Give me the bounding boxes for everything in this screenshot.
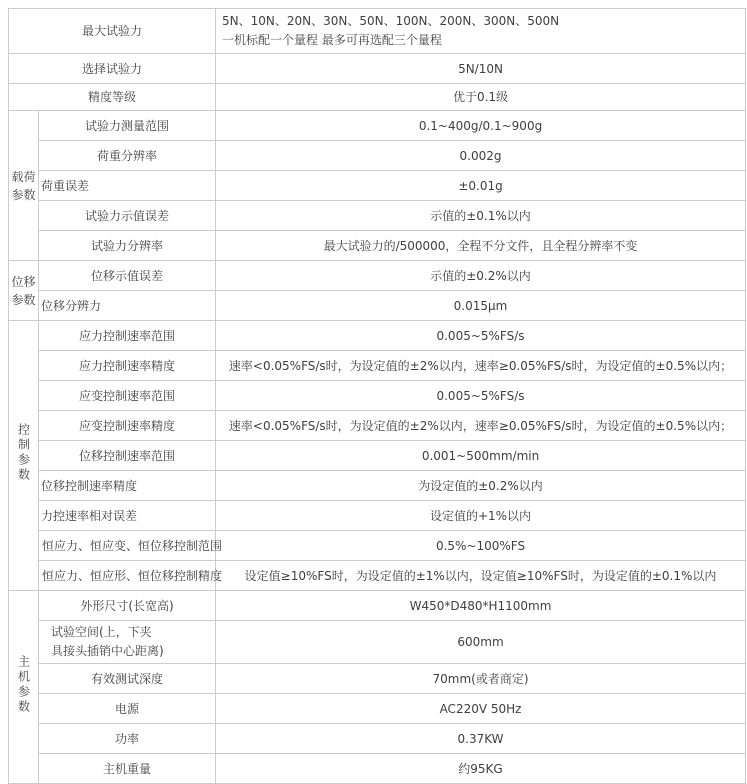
param-label: 位移控制速率精度 bbox=[41, 479, 137, 493]
value-cell: 0.005~5%FS/s bbox=[216, 321, 746, 351]
table-row: 电源 AC220V 50Hz bbox=[9, 694, 746, 724]
value-text: 速率<0.05%FS/s时，为设定值的±2%以内，速率≥0.05%FS/s时，为… bbox=[229, 419, 732, 433]
param-label: 主机重量 bbox=[103, 762, 151, 776]
table-row: 力控速率相对误差 设定值的+1%以内 bbox=[9, 501, 746, 531]
value-text: 0.015μm bbox=[454, 299, 508, 313]
param-cell: 位移分辨力 bbox=[39, 291, 216, 321]
value-text: 一机标配一个量程 最多可再选配三个量程 bbox=[222, 31, 742, 50]
table-row: 选择试验力 5N/10N bbox=[9, 54, 746, 84]
param-label: 电源 bbox=[115, 702, 139, 716]
group-label-cell: 主机参数 bbox=[9, 591, 39, 784]
param-cell: 恒应力、恒应形、恒位移控制精度 bbox=[39, 561, 216, 591]
param-label: 精度等级 bbox=[88, 90, 136, 104]
table-row: 控制参数 应力控制速率范围 0.005~5%FS/s bbox=[9, 321, 746, 351]
value-cell: 设定值≥10%FS时，为设定值的±1%以内，设定值≥10%FS时，为设定值的±0… bbox=[216, 561, 746, 591]
param-cell: 电源 bbox=[39, 694, 216, 724]
table-row: 荷重分辨率 0.002g bbox=[9, 141, 746, 171]
value-text: 速率<0.05%FS/s时，为设定值的±2%以内，速率≥0.05%FS/s时，为… bbox=[229, 359, 732, 373]
value-cell: 0.001~500mm/min bbox=[216, 441, 746, 471]
value-cell: 示值的±0.1%以内 bbox=[216, 201, 746, 231]
value-cell: ±0.01g bbox=[216, 171, 746, 201]
value-text: AC220V 50Hz bbox=[440, 702, 522, 716]
group-label: 位移参数 bbox=[11, 275, 35, 307]
value-text: 5N、10N、20N、30N、50N、100N、200N、300N、500N bbox=[222, 12, 742, 31]
param-cell: 位移控制速率精度 bbox=[39, 471, 216, 501]
param-label: 应变控制速率精度 bbox=[79, 419, 175, 433]
value-cell: 速率<0.05%FS/s时，为设定值的±2%以内，速率≥0.05%FS/s时，为… bbox=[216, 411, 746, 441]
param-label: 有效测试深度 bbox=[91, 672, 163, 686]
param-label: 位移控制速率范围 bbox=[79, 449, 175, 463]
table-row: 主机重量 约95KG bbox=[9, 754, 746, 784]
value-cell: AC220V 50Hz bbox=[216, 694, 746, 724]
table-row: 位移控制速率范围 0.001~500mm/min bbox=[9, 441, 746, 471]
value-cell: 0.1~400g/0.1~900g bbox=[216, 111, 746, 141]
param-label: 试验力分辨率 bbox=[91, 239, 163, 253]
value-cell: 为设定值的±0.2%以内 bbox=[216, 471, 746, 501]
param-label: 应力控制速率范围 bbox=[79, 329, 175, 343]
table-row: 精度等级 优于0.1级 bbox=[9, 84, 746, 111]
param-label: 试验空间(上，下夹 具接头插销中心距离) bbox=[51, 625, 164, 658]
param-cell: 荷重分辨率 bbox=[39, 141, 216, 171]
value-cell: 示值的±0.2%以内 bbox=[216, 261, 746, 291]
param-label: 荷重分辨率 bbox=[97, 149, 157, 163]
group-label-cell: 位移参数 bbox=[9, 261, 39, 321]
table-row: 应力控制速率精度 速率<0.05%FS/s时，为设定值的±2%以内，速率≥0.0… bbox=[9, 351, 746, 381]
param-cell: 应力控制速率范围 bbox=[39, 321, 216, 351]
value-text: 为设定值的±0.2%以内 bbox=[418, 479, 543, 493]
value-text: 70mm(或者商定) bbox=[433, 672, 529, 686]
param-label: 应力控制速率精度 bbox=[79, 359, 175, 373]
value-text: 0.002g bbox=[460, 149, 502, 163]
param-cell: 应力控制速率精度 bbox=[39, 351, 216, 381]
param-cell: 力控速率相对误差 bbox=[39, 501, 216, 531]
value-text: 600mm bbox=[457, 635, 503, 649]
param-cell: 最大试验力 bbox=[9, 9, 216, 54]
value-cell: 5N/10N bbox=[216, 54, 746, 84]
param-label: 应变控制速率范围 bbox=[79, 389, 175, 403]
param-cell: 应变控制速率范围 bbox=[39, 381, 216, 411]
value-text: 设定值≥10%FS时，为设定值的±1%以内，设定值≥10%FS时，为设定值的±0… bbox=[245, 569, 717, 583]
group-label: 主机参数 bbox=[15, 655, 33, 715]
value-text: 优于0.1级 bbox=[453, 90, 508, 104]
param-cell: 试验力测量范围 bbox=[39, 111, 216, 141]
value-text: 0.5%~100%FS bbox=[436, 539, 525, 553]
table-row: 应变控制速率精度 速率<0.05%FS/s时，为设定值的±2%以内，速率≥0.0… bbox=[9, 411, 746, 441]
value-cell: 0.002g bbox=[216, 141, 746, 171]
value-cell: 0.5%~100%FS bbox=[216, 531, 746, 561]
param-cell: 位移控制速率范围 bbox=[39, 441, 216, 471]
param-label: 试验力示值误差 bbox=[85, 209, 169, 223]
param-label: 位移分辨力 bbox=[41, 299, 101, 313]
param-cell: 应变控制速率精度 bbox=[39, 411, 216, 441]
param-cell: 主机重量 bbox=[39, 754, 216, 784]
value-text: 示值的±0.2%以内 bbox=[430, 269, 531, 283]
table-row: 应变控制速率范围 0.005~5%FS/s bbox=[9, 381, 746, 411]
param-cell: 位移示值误差 bbox=[39, 261, 216, 291]
table-row: 试验空间(上，下夹 具接头插销中心距离) 600mm bbox=[9, 621, 746, 664]
param-cell: 恒应力、恒应变、恒位移控制范围 bbox=[39, 531, 216, 561]
value-cell: 约95KG bbox=[216, 754, 746, 784]
param-label: 功率 bbox=[115, 732, 139, 746]
param-cell: 试验空间(上，下夹 具接头插销中心距离) bbox=[39, 621, 216, 664]
group-label: 控制参数 bbox=[15, 423, 33, 483]
value-text: W450*D480*H1100mm bbox=[410, 599, 552, 613]
param-label: 恒应力、恒应变、恒位移控制范围 bbox=[42, 539, 222, 553]
spec-page: 最大试验力 5N、10N、20N、30N、50N、100N、200N、300N、… bbox=[0, 0, 747, 672]
param-label: 力控速率相对误差 bbox=[41, 509, 137, 523]
table-row: 最大试验力 5N、10N、20N、30N、50N、100N、200N、300N、… bbox=[9, 9, 746, 54]
param-cell: 试验力示值误差 bbox=[39, 201, 216, 231]
table-row: 位移控制速率精度 为设定值的±0.2%以内 bbox=[9, 471, 746, 501]
value-cell: 0.015μm bbox=[216, 291, 746, 321]
table-row: 功率 0.37KW bbox=[9, 724, 746, 754]
value-cell: 70mm(或者商定) bbox=[216, 664, 746, 694]
param-label: 选择试验力 bbox=[82, 62, 142, 76]
param-label: 荷重误差 bbox=[41, 179, 89, 193]
value-text: 示值的±0.1%以内 bbox=[430, 209, 531, 223]
value-text: 0.005~5%FS/s bbox=[436, 329, 524, 343]
value-text: 最大试验力的/500000，全程不分文件，且全程分辨率不变 bbox=[324, 239, 638, 253]
param-label: 外形尺寸(长宽高) bbox=[80, 599, 173, 613]
table-row: 主机参数 外形尺寸(长宽高) W450*D480*H1100mm bbox=[9, 591, 746, 621]
value-cell: 速率<0.05%FS/s时，为设定值的±2%以内，速率≥0.05%FS/s时，为… bbox=[216, 351, 746, 381]
value-text: 5N/10N bbox=[458, 62, 503, 76]
table-row: 荷重误差 ±0.01g bbox=[9, 171, 746, 201]
value-text: 0.001~500mm/min bbox=[422, 449, 539, 463]
table-row: 载荷参数 试验力测量范围 0.1~400g/0.1~900g bbox=[9, 111, 746, 141]
param-cell: 荷重误差 bbox=[39, 171, 216, 201]
value-cell: 600mm bbox=[216, 621, 746, 664]
value-text: 约95KG bbox=[458, 762, 502, 776]
param-cell: 功率 bbox=[39, 724, 216, 754]
param-cell: 试验力分辨率 bbox=[39, 231, 216, 261]
value-cell: 0.005~5%FS/s bbox=[216, 381, 746, 411]
value-cell: 0.37KW bbox=[216, 724, 746, 754]
table-row: 恒应力、恒应变、恒位移控制范围 0.5%~100%FS bbox=[9, 531, 746, 561]
table-row: 位移分辨力 0.015μm bbox=[9, 291, 746, 321]
param-cell: 外形尺寸(长宽高) bbox=[39, 591, 216, 621]
param-label: 恒应力、恒应形、恒位移控制精度 bbox=[42, 569, 222, 583]
param-cell: 选择试验力 bbox=[9, 54, 216, 84]
param-cell: 有效测试深度 bbox=[39, 664, 216, 694]
table-row: 试验力分辨率 最大试验力的/500000，全程不分文件，且全程分辨率不变 bbox=[9, 231, 746, 261]
value-text: 0.37KW bbox=[458, 732, 504, 746]
param-label: 位移示值误差 bbox=[91, 269, 163, 283]
value-text: ±0.01g bbox=[458, 179, 502, 193]
table-row: 位移参数 位移示值误差 示值的±0.2%以内 bbox=[9, 261, 746, 291]
value-cell: 5N、10N、20N、30N、50N、100N、200N、300N、500N 一… bbox=[216, 9, 746, 54]
group-label: 载荷参数 bbox=[11, 170, 35, 202]
value-cell: 设定值的+1%以内 bbox=[216, 501, 746, 531]
param-cell: 精度等级 bbox=[9, 84, 216, 111]
group-label-cell: 控制参数 bbox=[9, 321, 39, 591]
group-label-cell: 载荷参数 bbox=[9, 111, 39, 261]
param-label: 最大试验力 bbox=[82, 24, 142, 38]
value-text: 0.005~5%FS/s bbox=[436, 389, 524, 403]
table-row: 试验力示值误差 示值的±0.1%以内 bbox=[9, 201, 746, 231]
table-row: 恒应力、恒应形、恒位移控制精度 设定值≥10%FS时，为设定值的±1%以内，设定… bbox=[9, 561, 746, 591]
value-cell: W450*D480*H1100mm bbox=[216, 591, 746, 621]
value-text: 0.1~400g/0.1~900g bbox=[419, 119, 542, 133]
spec-table: 最大试验力 5N、10N、20N、30N、50N、100N、200N、300N、… bbox=[8, 8, 746, 784]
value-cell: 最大试验力的/500000，全程不分文件，且全程分辨率不变 bbox=[216, 231, 746, 261]
param-label: 试验力测量范围 bbox=[85, 119, 169, 133]
value-cell: 优于0.1级 bbox=[216, 84, 746, 111]
table-row: 有效测试深度 70mm(或者商定) bbox=[9, 664, 746, 694]
value-text: 设定值的+1%以内 bbox=[430, 509, 531, 523]
